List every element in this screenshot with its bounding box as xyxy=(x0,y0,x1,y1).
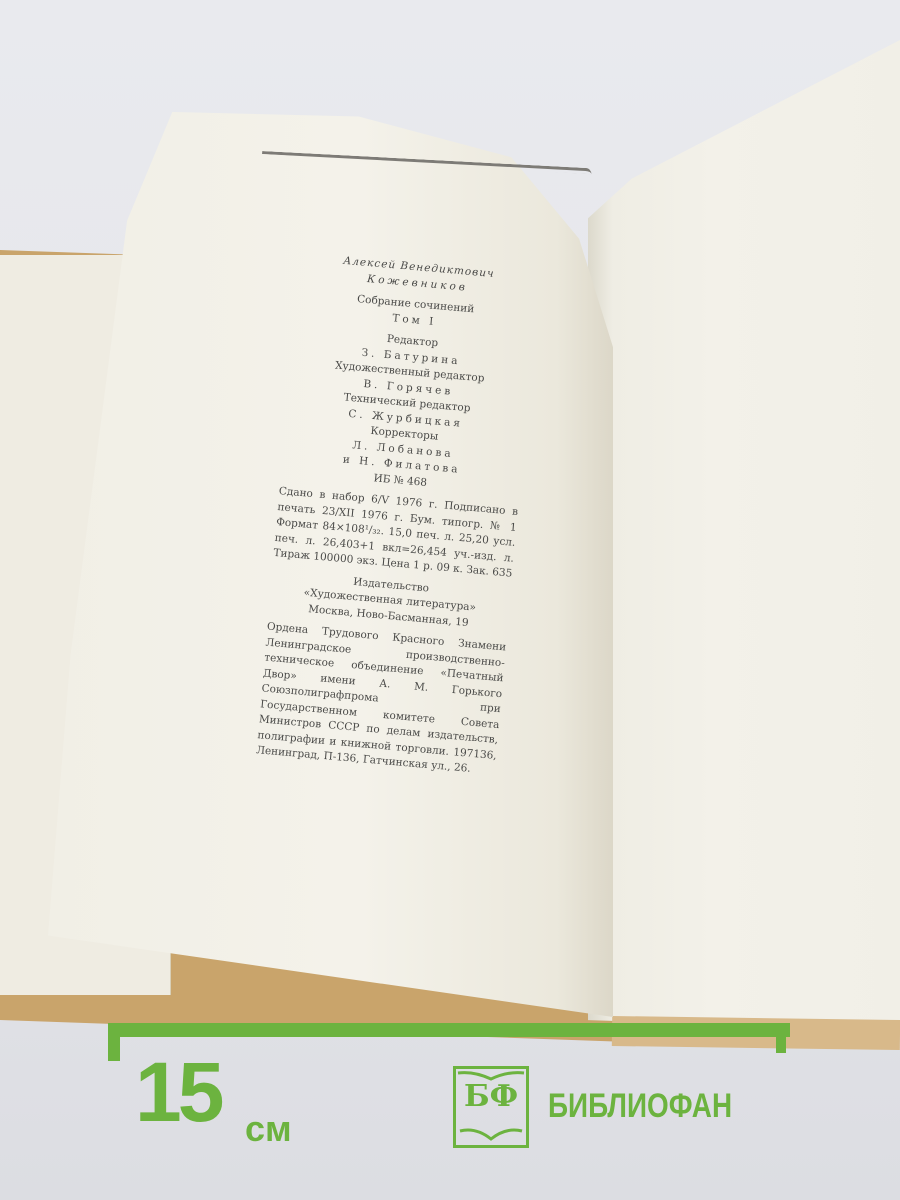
printer-info: Ордена Трудового Красного Знамени Ленинг… xyxy=(256,620,507,780)
ruler-unit: см xyxy=(245,1108,292,1150)
ruler-value: 15 xyxy=(135,1050,220,1134)
ruler-tick-right xyxy=(776,1037,786,1053)
right-blank-page xyxy=(588,40,900,1030)
ruler-strip xyxy=(108,1023,790,1037)
ruler-tick-left xyxy=(108,1023,120,1061)
brand-name: БИБЛИОФАН xyxy=(548,1087,732,1126)
book-logo-icon: БФ xyxy=(453,1066,529,1148)
imprint-block: Алексей Венедиктович Кожевников Собрание… xyxy=(256,250,540,779)
